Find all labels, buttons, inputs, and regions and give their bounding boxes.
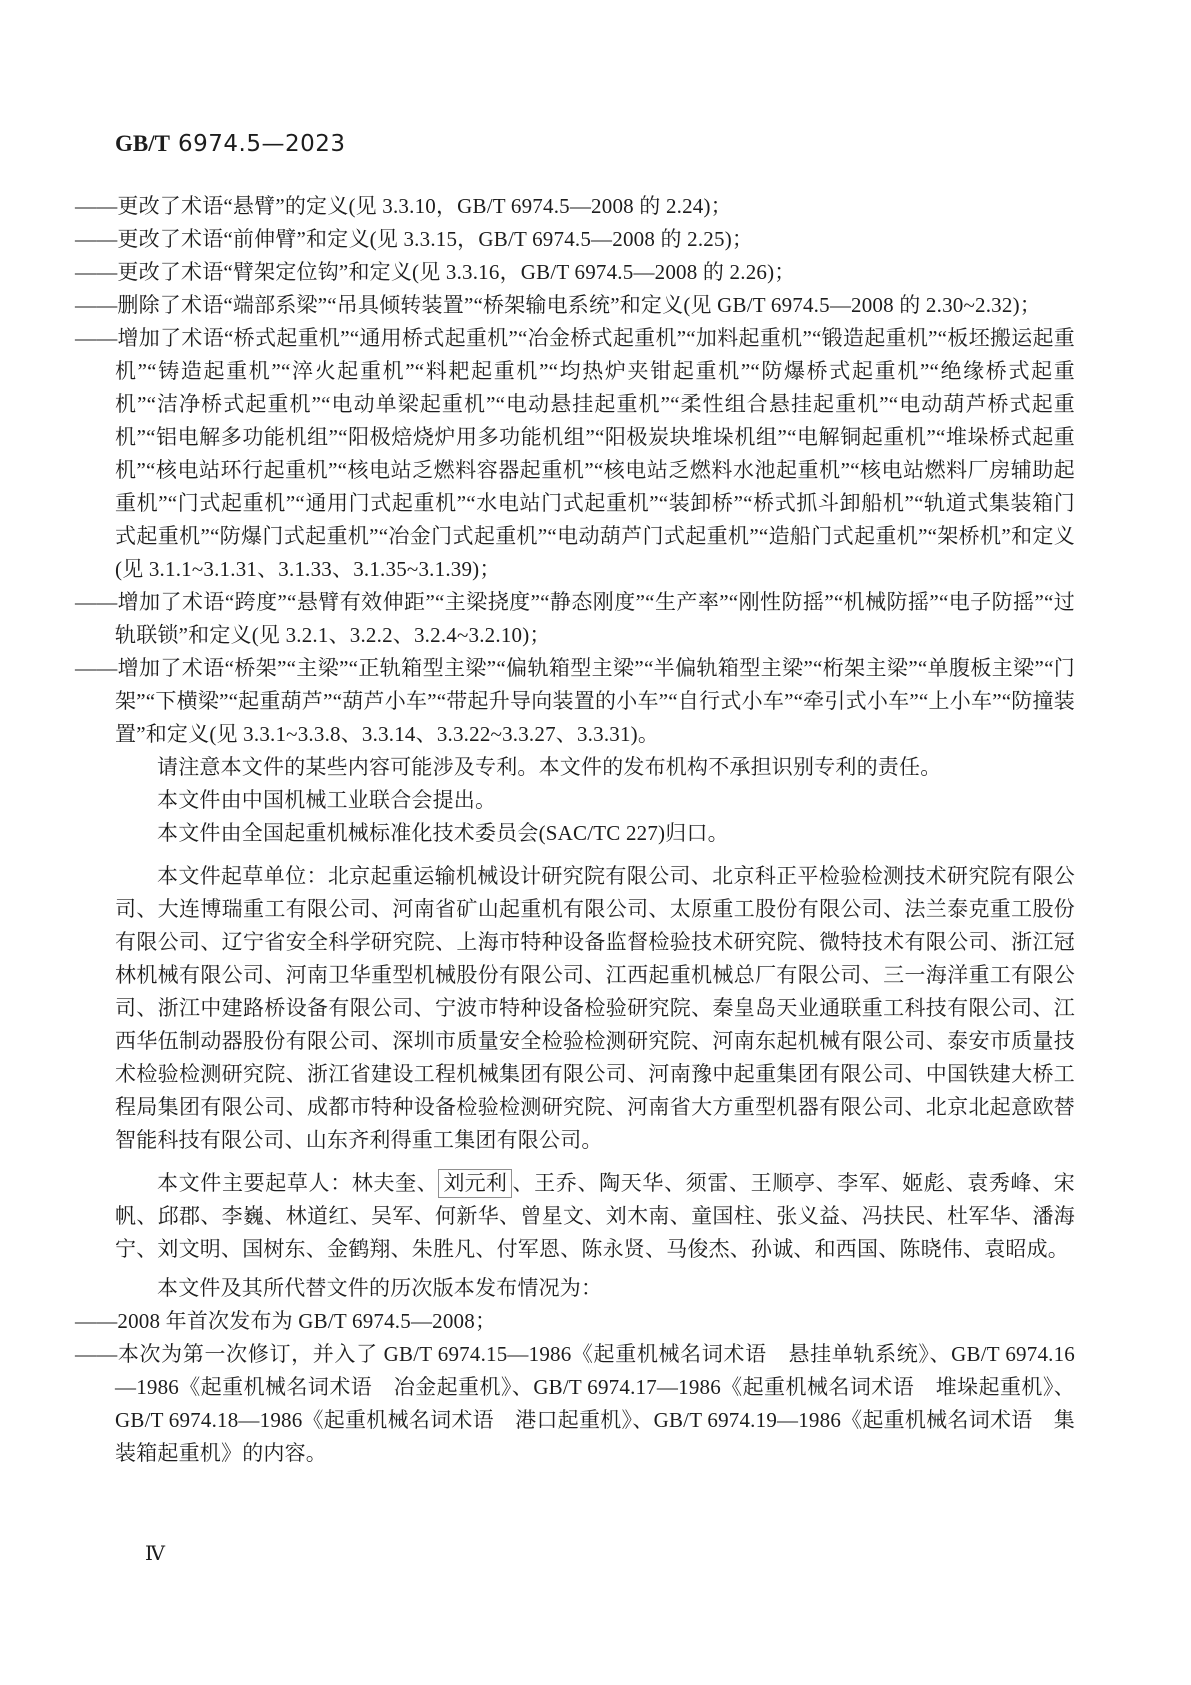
change-list-item: ——增加了术语“跨度”“悬臂有效伸距”“主梁挠度”“静态刚度”“生产率”“刚性防… <box>115 586 1075 652</box>
change-list-item: ——增加了术语“桥式起重机”“通用桥式起重机”“冶金桥式起重机”“加料起重机”“… <box>115 322 1075 586</box>
drafters-paragraph: 本文件主要起草人：林夫奎、刘元利、王乔、陶天华、须雷、王顺亭、李军、姬彪、袁秀峰… <box>115 1167 1075 1266</box>
history-list-item: ——2008 年首次发布为 GB/T 6974.5—2008； <box>115 1305 1075 1338</box>
change-list-item: ——删除了术语“端部系梁”“吊具倾转装置”“桥架输电系统”和定义(见 GB/T … <box>115 289 1075 322</box>
change-list-item: ——增加了术语“桥架”“主梁”“正轨箱型主梁”“偏轨箱型主梁”“半偏轨箱型主梁”… <box>115 652 1075 751</box>
change-list-item: ——更改了术语“前伸臂”和定义(见 3.3.15，GB/T 6974.5—200… <box>115 223 1075 256</box>
standard-number: 6974.5—2023 <box>178 131 346 157</box>
doc-code: GB/T6974.5—2023 <box>115 130 345 158</box>
drafting-orgs-paragraph: 本文件起草单位：北京起重运输机械设计研究院有限公司、北京科正平检验检测技术研究院… <box>115 860 1075 1157</box>
proposed-by-paragraph: 本文件由中国机械工业联合会提出。 <box>115 784 1075 817</box>
centralized-by-paragraph: 本文件由全国起重机械标准化技术委员会(SAC/TC 227)归口。 <box>115 817 1075 850</box>
history-intro-paragraph: 本文件及其所代替文件的历次版本发布情况为： <box>115 1272 1075 1305</box>
page-number: Ⅳ <box>145 1542 165 1566</box>
change-list-item: ——更改了术语“悬臂”的定义(见 3.3.10，GB/T 6974.5—2008… <box>115 190 1075 223</box>
patent-note-paragraph: 请注意本文件的某些内容可能涉及专利。本文件的发布机构不承担识别专利的责任。 <box>115 751 1075 784</box>
standard-prefix: GB/T <box>115 131 170 156</box>
change-list-item: ——更改了术语“臂架定位钩”和定义(见 3.3.16，GB/T 6974.5—2… <box>115 256 1075 289</box>
history-list-item: ——本次为第一次修订，并入了 GB/T 6974.15—1986《起重机械名词术… <box>115 1338 1075 1470</box>
drafters-prefix: 本文件主要起草人：林夫奎、 <box>157 1171 438 1195</box>
standard-document-page: GB/T6974.5—2023 ——更改了术语“悬臂”的定义(见 3.3.10，… <box>0 0 1191 1685</box>
foreword-content: ——更改了术语“悬臂”的定义(见 3.3.10，GB/T 6974.5—2008… <box>115 190 1075 1470</box>
drafter-boxed-name: 刘元利 <box>438 1169 512 1198</box>
